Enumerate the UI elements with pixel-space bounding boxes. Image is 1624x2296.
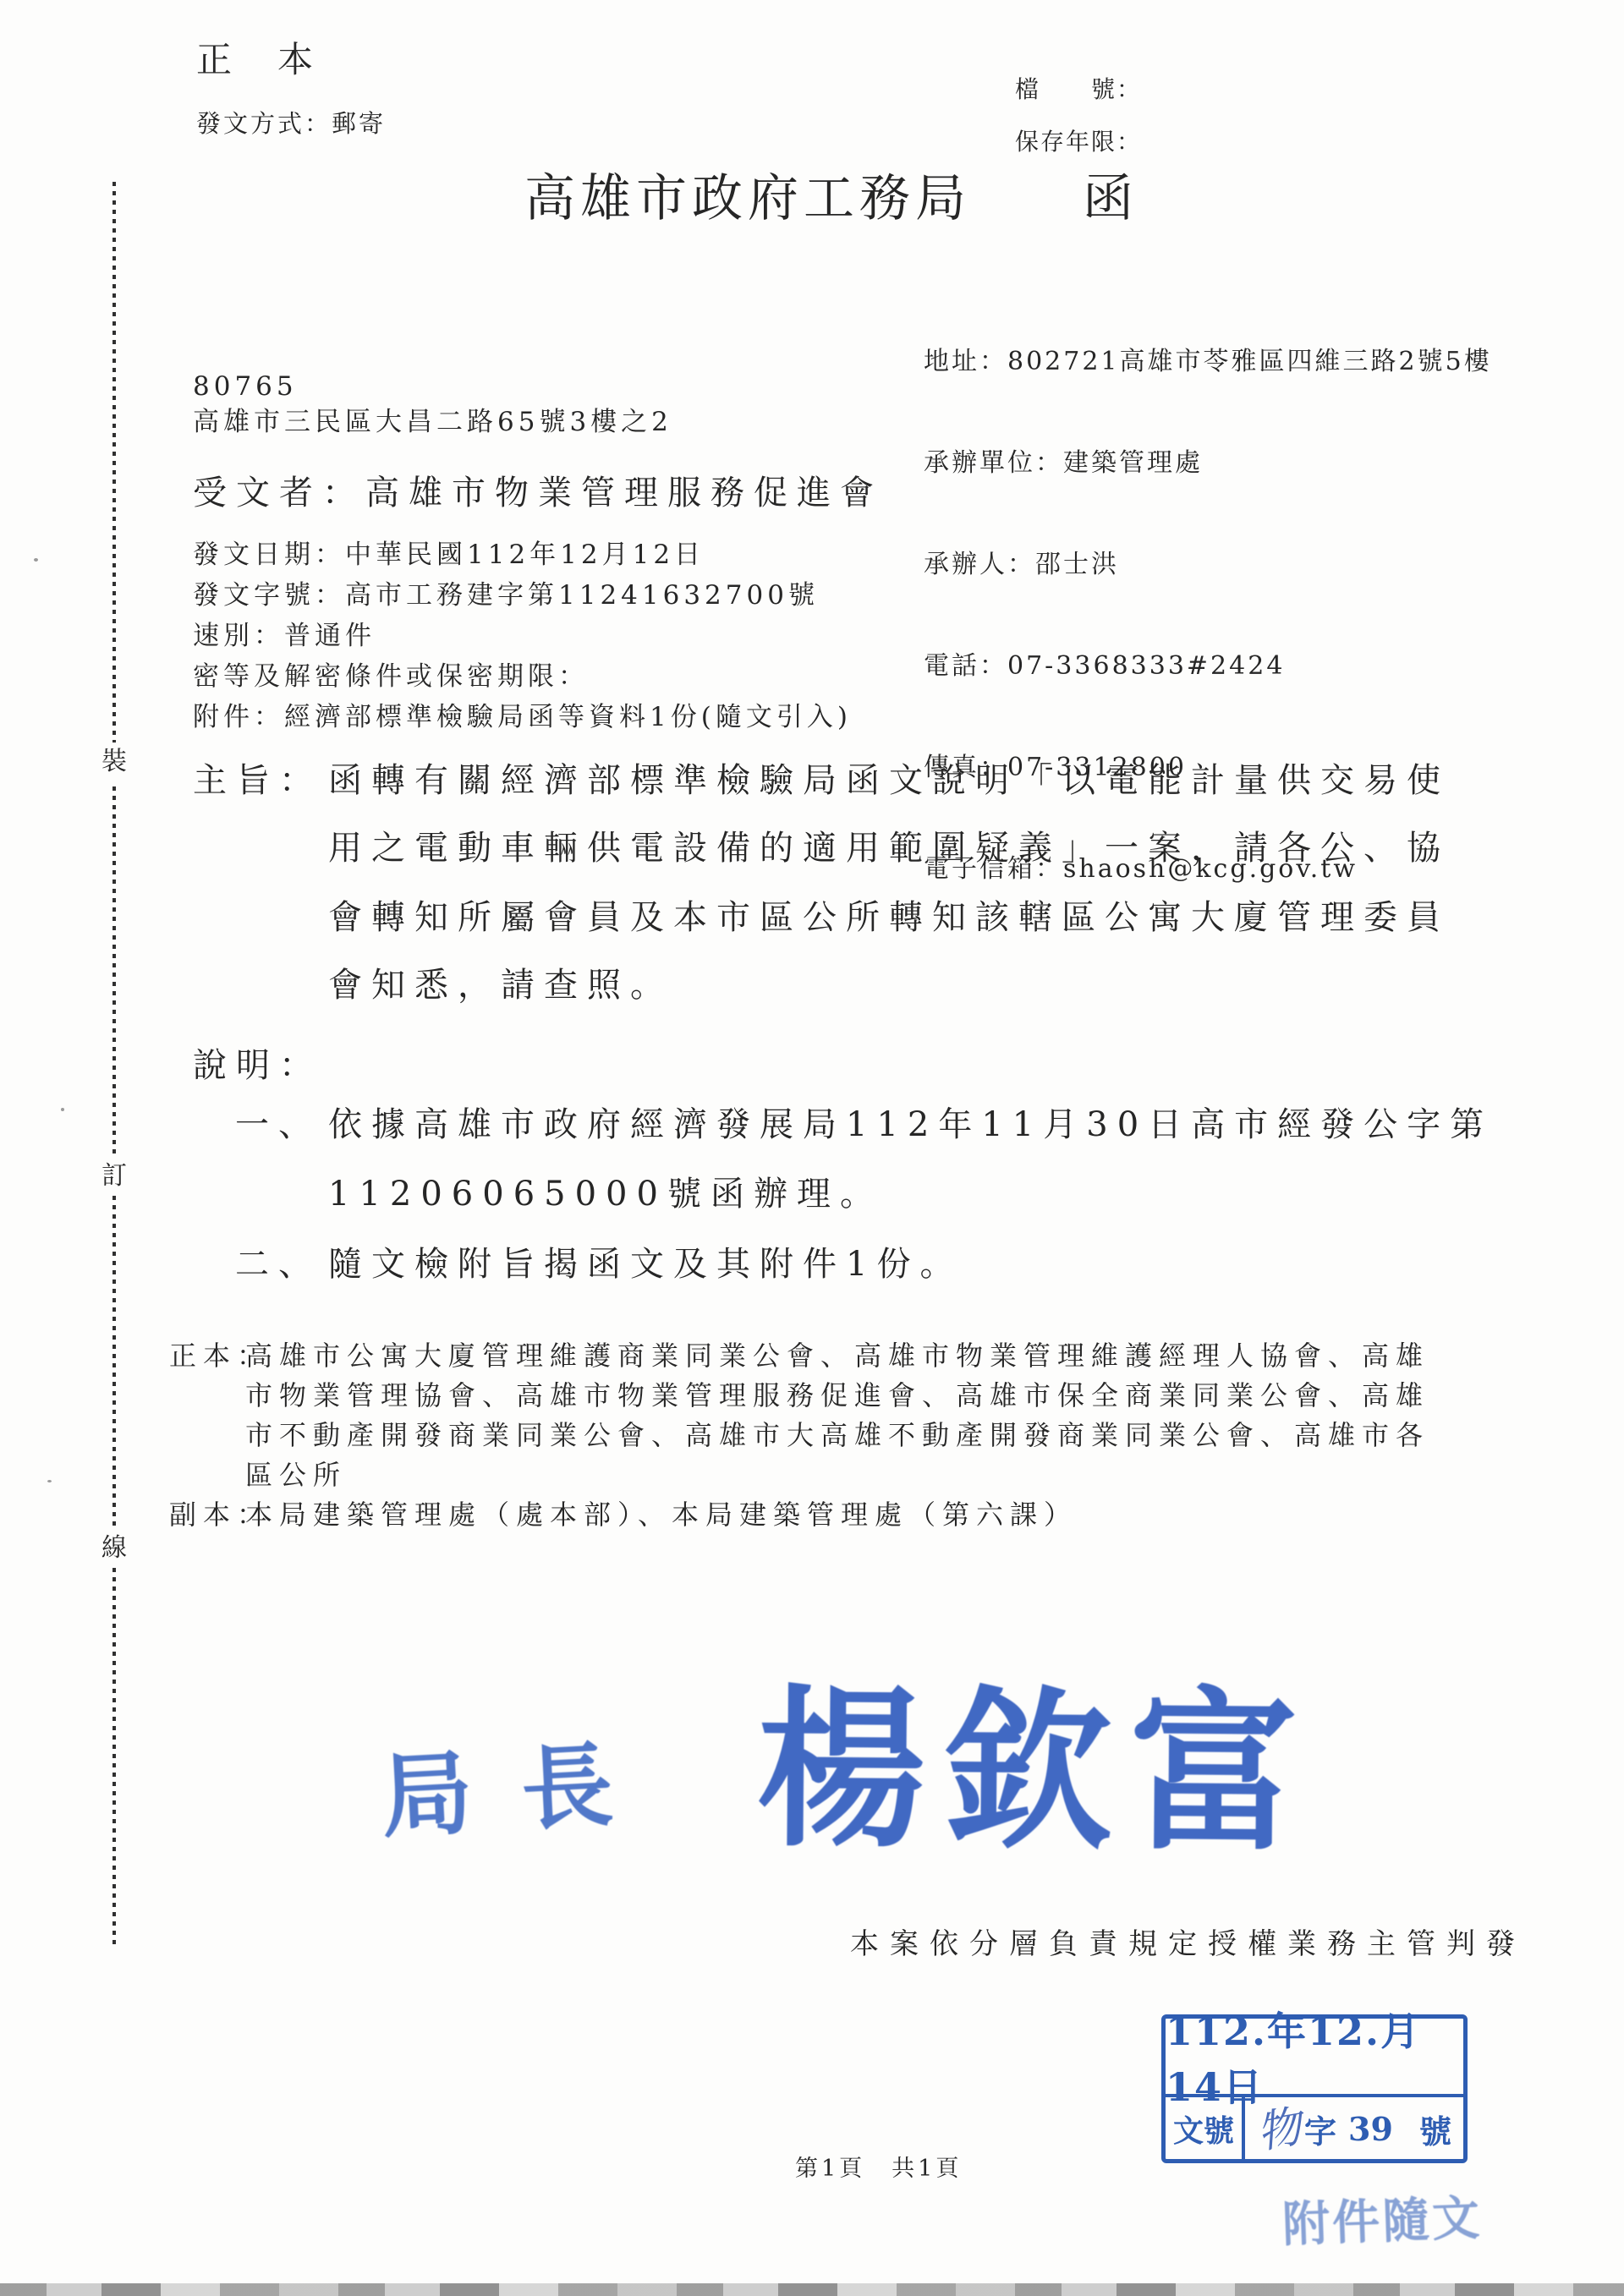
copy-type-label: 正 本 [196,38,318,83]
speed-class: 速別：普通件 [193,620,376,653]
official-letter-page: 裝 訂 線 正 本 發文方式：郵寄 檔 號： 保存年限： 高雄市政府工務局 函 … [0,0,1624,2296]
subject-line-2: 用之電動車輛供電設備的適用範圍疑義」一案，請各公、協 [328,827,1450,869]
secrecy-class: 密等及解密條件或保密期限： [193,660,589,693]
scan-speck [47,1480,52,1482]
description-item1-number: 一、 [235,1104,321,1146]
original-copies-line-1: 高雄市公寓大廈管理維護商業同業公會、高雄市物業管理維護經理人協會、高雄 [245,1336,1429,1376]
doc-number-value: 39 [1348,2110,1393,2148]
page-number-info: 第1頁 共1頁 [795,2155,962,2184]
director-name-stamp: 楊欽富 [756,1631,1317,1883]
subject-line-1: 函轉有關經濟部標準檢驗局函文說明「以電能計量供交易使 [328,759,1450,802]
original-copies-line-2: 市物業管理協會、高雄市物業管理服務促進會、高雄市保全商業同業公會、高雄 [245,1376,1429,1416]
subject-line-3: 會轉知所屬會員及本市區公所轉知該轄區公寓大廈管理委員 [328,896,1450,939]
description-label: 說明： [193,1044,322,1087]
description-item1-line2: 11206065000號函辦理。 [328,1173,883,1215]
original-copies-line-3: 市不動產開發商業同業公會、高雄市大高雄不動產開發商業同業公會、高雄市各 [245,1416,1429,1455]
agency-address: 地址：802721高雄市苓雅區四維三路2號5樓 [924,345,1492,379]
original-copies-line-4: 區公所 [245,1455,347,1495]
scan-speck [61,1108,64,1111]
binding-mark-zhuang: 裝 [98,743,130,781]
description-item1-line1: 依據高雄市政府經濟發展局112年11月30日高市經發公字第 [328,1104,1493,1146]
subject-line-4: 會知悉，請查照。 [328,964,673,1006]
handwritten-series-char: 物 [1251,2091,1305,2161]
binding-dotted-line [112,182,116,1949]
received-date-stamp: 112.年12.月14日 文號 物 字 39 號 [1161,2014,1468,2163]
cc-copies-line: 本局建築管理處（處本部）、本局建築管理處（第六課） [245,1495,1078,1535]
binding-mark-xian: 線 [98,1529,130,1568]
issue-date: 發文日期：中華民國112年12月12日 [193,539,705,572]
doc-number-suffix: 號 [1419,2106,1451,2152]
recipient-zipcode: 80765 [193,370,298,403]
recipient-address: 高雄市三民區大昌二路65號3樓之2 [193,406,672,439]
received-stamp-doc-no-value: 物 字 39 號 [1245,2097,1463,2160]
description-item2-line: 隨文檢附旨揭函文及其附件1份。 [328,1243,963,1285]
series-char: 字 [1304,2106,1336,2152]
authorization-note: 本案依分層負責規定授權業務主管判發 [850,1926,1526,1963]
agency-unit: 承辦單位：建築管理處 [924,447,1492,480]
retention-period-label: 保存年限： [1015,127,1142,156]
delivery-method: 發文方式：郵寄 [196,108,386,139]
attachment-follows-note-stamp: 附件隨文 [1281,2181,1484,2255]
binding-mark-ding: 訂 [98,1157,130,1196]
received-stamp-doc-no-label: 文號 [1166,2097,1245,2160]
recipient-name-line: 受文者：高雄市物業管理服務促進會 [193,472,883,514]
scan-speck [34,558,38,562]
received-stamp-doc-no-row: 文號 物 字 39 號 [1166,2097,1463,2160]
scan-edge-artifact [0,2283,1624,2296]
received-stamp-date: 112.年12.月14日 [1166,2019,1463,2097]
agency-phone: 電話：07-3368333#2424 [924,649,1492,683]
subject-label: 主旨： [193,759,322,802]
file-number-label: 檔 號： [1015,74,1142,104]
agency-contact-person: 承辦人：邵士洪 [924,548,1492,582]
document-title: 高雄市政府工務局 函 [524,167,1138,231]
attachment-line: 附件：經濟部標準檢驗局函等資料1份(隨文引入) [193,701,852,734]
issue-doc-number: 發文字號：高市工務建字第11241632700號 [193,579,819,612]
director-title-stamp: 局長 [377,1709,665,1855]
description-item2-number: 二、 [235,1243,321,1285]
